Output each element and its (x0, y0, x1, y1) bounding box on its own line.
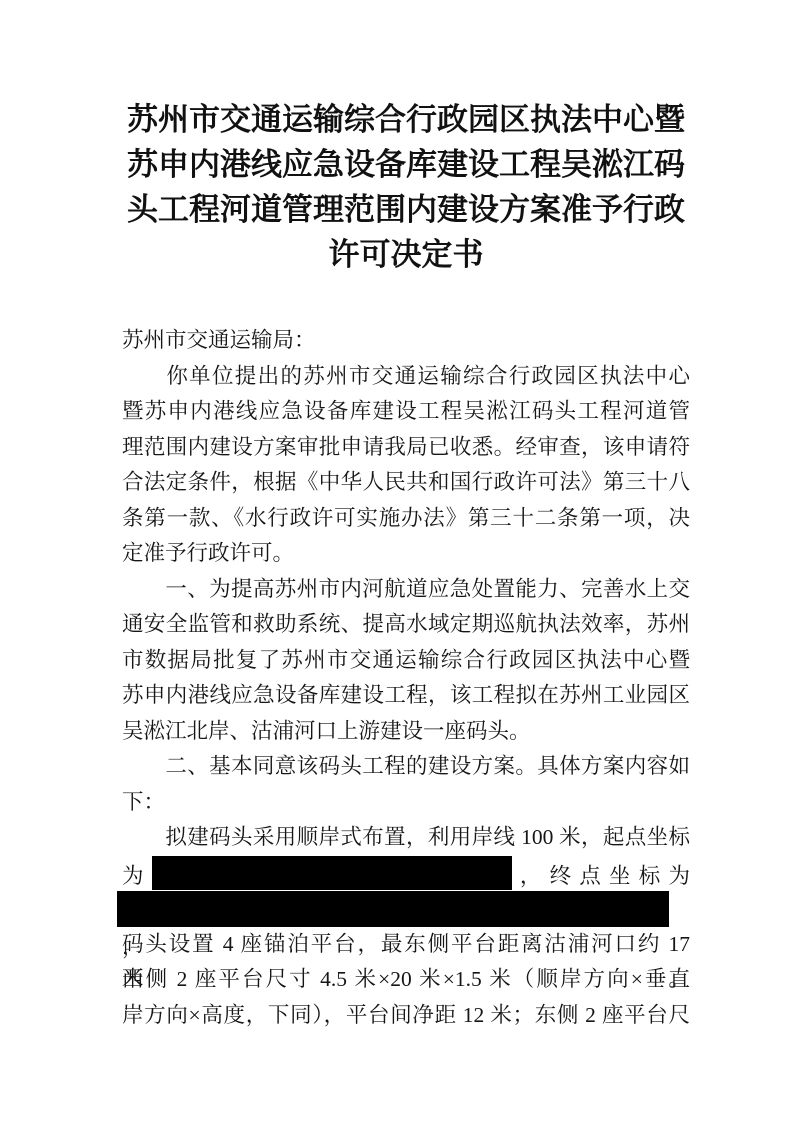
text-run: 条第一款、《水行政许可实施办法》第三十二条第一项，决 (122, 506, 690, 530)
text-run: 理范围内建设方案审批申请我局已收悉。经审查，该申请符 (122, 435, 690, 459)
document-page: 苏州市交通运输综合行政园区执法中心暨苏申内港线应急设备库建设工程吴淞江码头工程河… (0, 0, 800, 1131)
text-run: 暨苏申内港线应急设备库建设工程吴淞江码头工程河道管 (122, 399, 690, 423)
body-line: 一、为提高苏州市内河航道应急处置能力、完善水上交 (122, 572, 690, 608)
title-line: 许可决定书 (122, 232, 690, 277)
body-line: 拟建码头采用顺岸式布置，利用岸线 100 米，起点坐标 (122, 820, 690, 856)
body-line: 岸方向×高度，下同），平台间净距 12 米；东侧 2 座平台尺 (122, 998, 690, 1034)
body-line: 合法定条件，根据《中华人民共和国行政许可法》第三十八 (122, 465, 690, 501)
title-line: 苏申内港线应急设备库建设工程吴淞江码 (122, 142, 690, 187)
body-line: 二、基本同意该码头工程的建设方案。具体方案内容如 (122, 749, 690, 785)
text-run: 岸方向×高度，下同），平台间净距 12 米；东侧 2 座平台尺 (122, 1003, 690, 1027)
text-run: 市数据局批复了苏州市交通运输综合行政园区执法中心暨 (122, 648, 690, 672)
body-line: 定准予行政许可。 (122, 536, 690, 572)
paragraph-indent (122, 843, 165, 844)
text-run: 西侧 2 座平台尺寸 4.5 米×20 米×1.5 米（顺岸方向×垂直 (122, 967, 690, 991)
paragraph-indent (122, 595, 165, 596)
body-line: 暨苏申内港线应急设备库建设工程吴淞江码头工程河道管 (122, 394, 690, 430)
paragraph-indent (122, 772, 165, 773)
body-line: 为，终点坐标为 (122, 856, 690, 892)
start-coordinate-redaction (152, 856, 512, 890)
paragraph-indent (122, 382, 165, 383)
title-line: 苏州市交通运输综合行政园区执法中心暨 (122, 97, 690, 142)
document-title: 苏州市交通运输综合行政园区执法中心暨苏申内港线应急设备库建设工程吴淞江码头工程河… (122, 97, 690, 277)
title-line: 头工程河道管理范围内建设方案准予行政 (122, 187, 690, 232)
body-line: 下： (122, 785, 690, 821)
document-body: 苏州市交通运输局：你单位提出的苏州市交通运输综合行政园区执法中心暨苏申内港线应急… (122, 323, 690, 1033)
body-line: ， (122, 891, 690, 927)
text-run: 通安全监管和救助系统、提高水域定期巡航执法效率，苏州 (122, 612, 690, 636)
text-run: ，终点坐标为 (512, 864, 690, 888)
text-run: 你单位提出的苏州市交通运输综合行政园区执法中心 (165, 364, 690, 388)
body-line: 理范围内建设方案审批申请我局已收悉。经审查，该申请符 (122, 430, 690, 466)
body-line: 码头设置 4 座锚泊平台，最东侧平台距离沽浦河口约 17 米。 (122, 927, 690, 963)
body-line: 西侧 2 座平台尺寸 4.5 米×20 米×1.5 米（顺岸方向×垂直 (122, 962, 690, 998)
text-run: 二、基本同意该码头工程的建设方案。具体方案内容如 (165, 754, 690, 778)
text-run: 一、为提高苏州市内河航道应急处置能力、完善水上交 (165, 577, 690, 601)
text-run: 定准予行政许可。 (122, 541, 294, 565)
end-coordinate-redaction (117, 891, 669, 927)
body-line: 条第一款、《水行政许可实施办法》第三十二条第一项，决 (122, 501, 690, 537)
salutation-line: 苏州市交通运输局： (122, 323, 690, 359)
body-line: 吴淞江北岸、沽浦河口上游建设一座码头。 (122, 714, 690, 750)
text-run: 苏州市交通运输局： (122, 328, 316, 352)
text-run: 下： (122, 790, 165, 814)
text-run: 合法定条件，根据《中华人民共和国行政许可法》第三十八 (122, 470, 690, 494)
text-run: 为 (122, 864, 152, 888)
text-run: 苏申内港线应急设备库建设工程，该工程拟在苏州工业园区 (122, 683, 690, 707)
body-line: 通安全监管和救助系统、提高水域定期巡航执法效率，苏州 (122, 607, 690, 643)
text-run: 吴淞江北岸、沽浦河口上游建设一座码头。 (122, 719, 531, 743)
body-line: 市数据局批复了苏州市交通运输综合行政园区执法中心暨 (122, 643, 690, 679)
body-line: 你单位提出的苏州市交通运输综合行政园区执法中心 (122, 359, 690, 395)
body-line: 苏申内港线应急设备库建设工程，该工程拟在苏州工业园区 (122, 678, 690, 714)
document-content: 苏州市交通运输综合行政园区执法中心暨苏申内港线应急设备库建设工程吴淞江码头工程河… (122, 0, 690, 1033)
text-run: 拟建码头采用顺岸式布置，利用岸线 100 米，起点坐标 (165, 825, 690, 849)
